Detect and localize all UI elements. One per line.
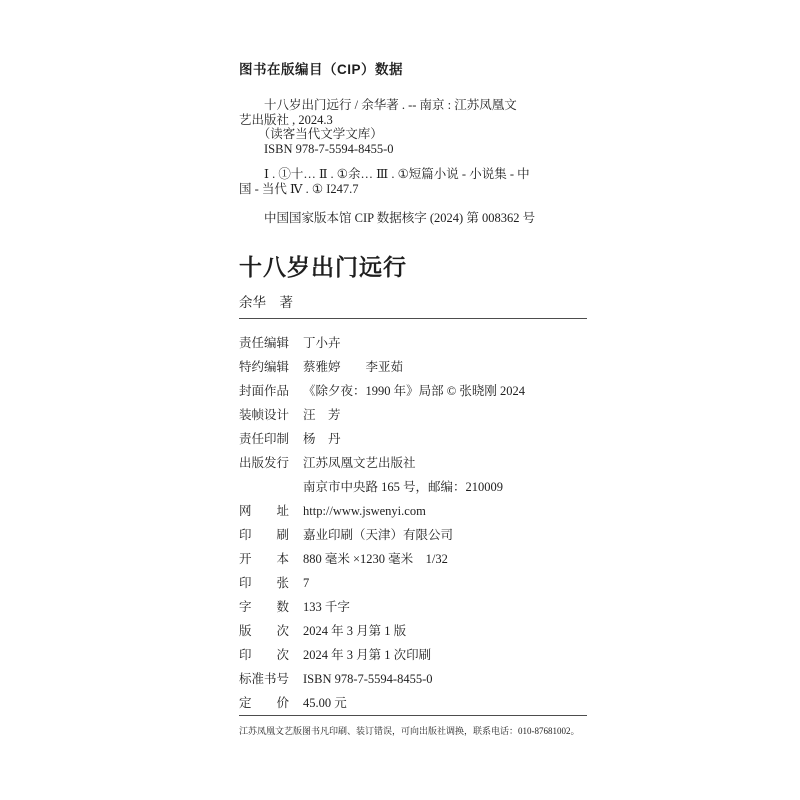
colophon-row-value: 蔡雅婷 李亚茹 xyxy=(303,355,403,379)
colophon-row-value: 880 毫米 ×1230 毫米 1/32 xyxy=(303,547,448,571)
colophon-row: 责任印制 杨 丹 xyxy=(239,427,587,451)
cip-record-line: （读客当代文学文库） xyxy=(239,127,587,142)
colophon-row: 出版发行 江苏凤凰文艺出版社 xyxy=(239,451,587,475)
colophon-table: 责任编辑 丁小卉 特约编辑 蔡雅婷 李亚茹 封面作品 《除夕夜：1990 年》局… xyxy=(239,331,587,715)
cip-classification-block: Ⅰ . ①十… Ⅱ . ①余… Ⅲ . ①短篇小说 - 小说集 - 中 国 - … xyxy=(239,167,587,196)
colophon-row-value: 丁小卉 xyxy=(303,331,341,355)
cip-record-line: 十八岁出门远行 / 余华著 . -- 南京 : 江苏凤凰文 xyxy=(239,98,587,113)
divider-bottom xyxy=(239,715,587,716)
colophon-row-value: 《除夕夜：1990 年》局部 © 张晓刚 2024 xyxy=(303,379,525,403)
colophon-row-label: 责任编辑 xyxy=(239,331,290,355)
colophon-row: 特约编辑 蔡雅婷 李亚茹 xyxy=(239,355,587,379)
colophon-row: 版 次 2024 年 3 月第 1 版 xyxy=(239,619,587,643)
colophon-row: 标准书号 ISBN 978-7-5594-8455-0 xyxy=(239,667,587,691)
cip-classification-line: 国 - 当代 Ⅳ . ① I247.7 xyxy=(239,182,587,197)
colophon-row: 印 次 2024 年 3 月第 1 次印刷 xyxy=(239,643,587,667)
book-copyright-page: 图书在版编目（CIP）数据 十八岁出门远行 / 余华著 . -- 南京 : 江苏… xyxy=(0,0,800,800)
colophon-row-value: 江苏凤凰文艺出版社 xyxy=(303,451,416,475)
page-content: 图书在版编目（CIP）数据 十八岁出门远行 / 余华著 . -- 南京 : 江苏… xyxy=(239,62,587,738)
colophon-row-label: 印 次 xyxy=(239,643,290,667)
colophon-row-label: 装帧设计 xyxy=(239,403,290,427)
book-title: 十八岁出门远行 xyxy=(239,252,587,282)
colophon-row-label: 网 址 xyxy=(239,499,290,523)
colophon-row-label: 定 价 xyxy=(239,691,290,715)
colophon-row: 封面作品 《除夕夜：1990 年》局部 © 张晓刚 2024 xyxy=(239,379,587,403)
colophon-row-value: ISBN 978-7-5594-8455-0 xyxy=(303,667,433,691)
colophon-row: 定 价 45.00 元 xyxy=(239,691,587,715)
colophon-row: 网 址 http://www.jswenyi.com xyxy=(239,499,587,523)
colophon-row: 装帧设计 汪 芳 xyxy=(239,403,587,427)
colophon-row-value: 汪 芳 xyxy=(303,403,341,427)
cip-classification-line: Ⅰ . ①十… Ⅱ . ①余… Ⅲ . ①短篇小说 - 小说集 - 中 xyxy=(239,167,587,182)
colophon-row-value: 嘉业印刷（天津）有限公司 xyxy=(303,523,453,547)
cip-section-header: 图书在版编目（CIP）数据 xyxy=(239,62,587,78)
book-author: 余华 著 xyxy=(239,294,587,311)
cip-record-block: 十八岁出门远行 / 余华著 . -- 南京 : 江苏凤凰文 艺出版社 , 202… xyxy=(239,98,587,156)
colophon-row-value: 45.00 元 xyxy=(303,691,347,715)
colophon-row-label: 特约编辑 xyxy=(239,355,290,379)
colophon-row-label: 字 数 xyxy=(239,595,290,619)
colophon-row-value: http://www.jswenyi.com xyxy=(303,499,426,523)
colophon-row-label: 责任印制 xyxy=(239,427,290,451)
colophon-row-label: 标准书号 xyxy=(239,667,290,691)
colophon-row: 印 张 7 xyxy=(239,571,587,595)
colophon-row-value: 2024 年 3 月第 1 次印刷 xyxy=(303,643,431,667)
printing-error-notice: 江苏凤凰文艺版图书凡印刷、装订错误，可向出版社调换，联系电话：010-87681… xyxy=(239,725,587,738)
colophon-row-value: 杨 丹 xyxy=(303,427,341,451)
colophon-row-label: 版 次 xyxy=(239,619,290,643)
cip-record-line: 艺出版社 , 2024.3 xyxy=(239,113,587,128)
colophon-row-label: 开 本 xyxy=(239,547,290,571)
colophon-row-value: 南京市中央路 165 号，邮编：210009 xyxy=(303,475,503,499)
colophon-row-value: 2024 年 3 月第 1 版 xyxy=(303,619,406,643)
colophon-row-label: 印 张 xyxy=(239,571,290,595)
colophon-row-label: 封面作品 xyxy=(239,379,290,403)
colophon-row-label: 出版发行 xyxy=(239,451,290,475)
colophon-row: 责任编辑 丁小卉 xyxy=(239,331,587,355)
colophon-row-label: 印 刷 xyxy=(239,523,290,547)
colophon-row: 南京市中央路 165 号，邮编：210009 xyxy=(239,475,587,499)
colophon-row-value: 7 xyxy=(303,571,309,595)
colophon-row-label xyxy=(239,475,290,499)
colophon-row: 印 刷 嘉业印刷（天津）有限公司 xyxy=(239,523,587,547)
divider-top xyxy=(239,318,587,319)
colophon-row: 开 本 880 毫米 ×1230 毫米 1/32 xyxy=(239,547,587,571)
cip-record-line: ISBN 978-7-5594-8455-0 xyxy=(239,142,587,157)
colophon-row: 字 数 133 千字 xyxy=(239,595,587,619)
cip-registry-number: 中国国家版本馆 CIP 数据核字 (2024) 第 008362 号 xyxy=(239,211,587,226)
colophon-row-value: 133 千字 xyxy=(303,595,350,619)
